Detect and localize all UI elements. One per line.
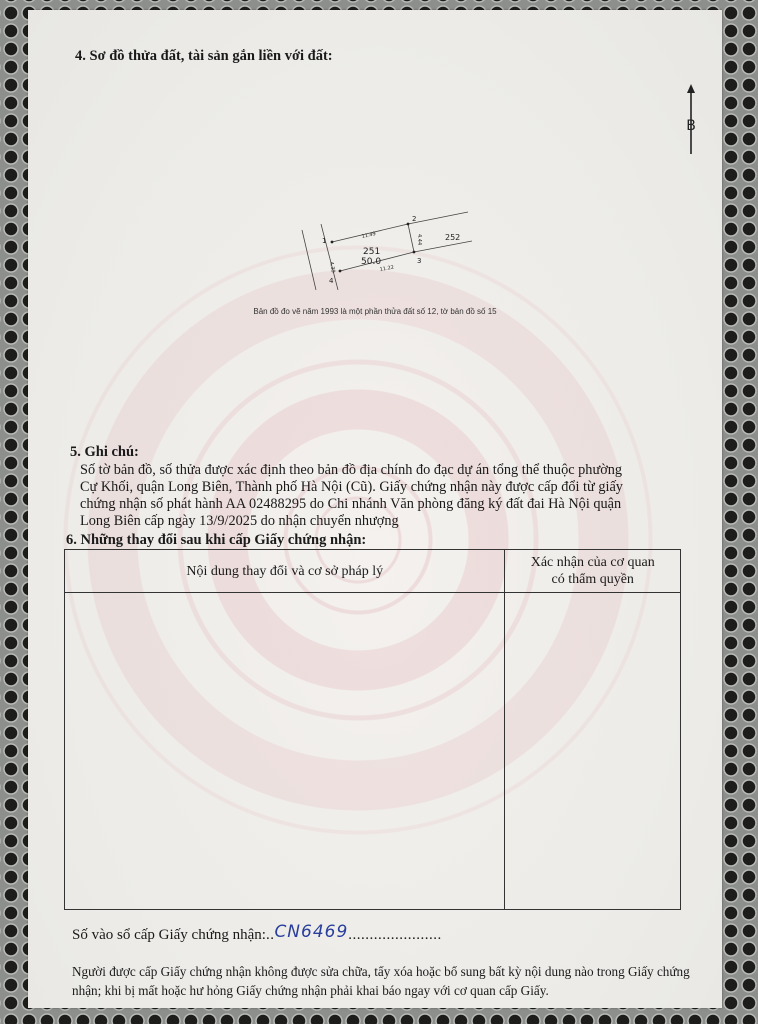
parcel-number: 251 — [363, 247, 380, 257]
note-line: Số tờ bản đồ, số thửa được xác định theo… — [80, 462, 700, 479]
change-content-cell — [65, 593, 505, 910]
note-line: Cự Khối, quận Long Biên, Thành phố Hà Nộ… — [80, 479, 700, 496]
section-5-title: 5. Ghi chú: — [70, 444, 139, 461]
vertex-2: 2 — [412, 215, 416, 223]
confirmation-cell — [505, 593, 681, 910]
section-4-title: 4. Sơ đồ thửa đất, tài sản gắn liền với … — [75, 48, 333, 65]
edge-right-length: 4.44 — [416, 234, 422, 245]
column-header-content: Nội dung thay đổi và cơ sở pháp lý — [65, 550, 505, 593]
section-6-title: 6. Những thay đổi sau khi cấp Giấy chứng… — [66, 532, 366, 549]
vertex-1: 1 — [322, 237, 326, 245]
north-arrow-icon: B — [684, 84, 698, 154]
edge-left-length: 4.39 — [328, 261, 336, 273]
registration-number-handwritten: CN6469 — [274, 922, 348, 942]
edge-bottom-length: 11.22 — [379, 265, 394, 273]
note-line: Long Biên cấp ngày 13/9/2025 do nhận chu… — [80, 513, 700, 530]
registration-label: Số vào sổ cấp Giấy chứng nhận: — [72, 927, 266, 943]
certificate-page: 4. Sơ đồ thửa đất, tài sản gắn liền với … — [28, 10, 722, 1008]
vertex-3: 3 — [417, 257, 421, 265]
edge-top-length: 11.49 — [361, 231, 376, 240]
vertex-4: 4 — [329, 277, 334, 285]
neighbor-parcel-number: 252 — [445, 233, 460, 242]
warning-text: Người được cấp Giấy chứng nhận không đượ… — [72, 962, 692, 1000]
changes-table: Nội dung thay đổi và cơ sở pháp lý Xác n… — [64, 549, 681, 910]
dots: ...................... — [348, 927, 442, 943]
parcel-area: 50.0 — [361, 257, 381, 267]
map-caption: Bản đồ đo vẽ năm 1993 là một phần thửa đ… — [28, 307, 722, 316]
registration-number-line: Số vào sổ cấp Giấy chứng nhận:..CN6469..… — [72, 924, 442, 944]
note-line: chứng nhận số phát hành AA 02488295 do C… — [80, 496, 700, 513]
north-label: B — [686, 118, 696, 134]
column-header-confirmation: Xác nhận của cơ quan có thẩm quyền — [505, 550, 681, 593]
table-row — [65, 593, 681, 910]
notes-text: Số tờ bản đồ, số thửa được xác định theo… — [80, 462, 700, 530]
parcel-diagram: 1 2 3 4 11.49 4.44 11.22 4.39 251 50.0 2… — [290, 200, 490, 290]
